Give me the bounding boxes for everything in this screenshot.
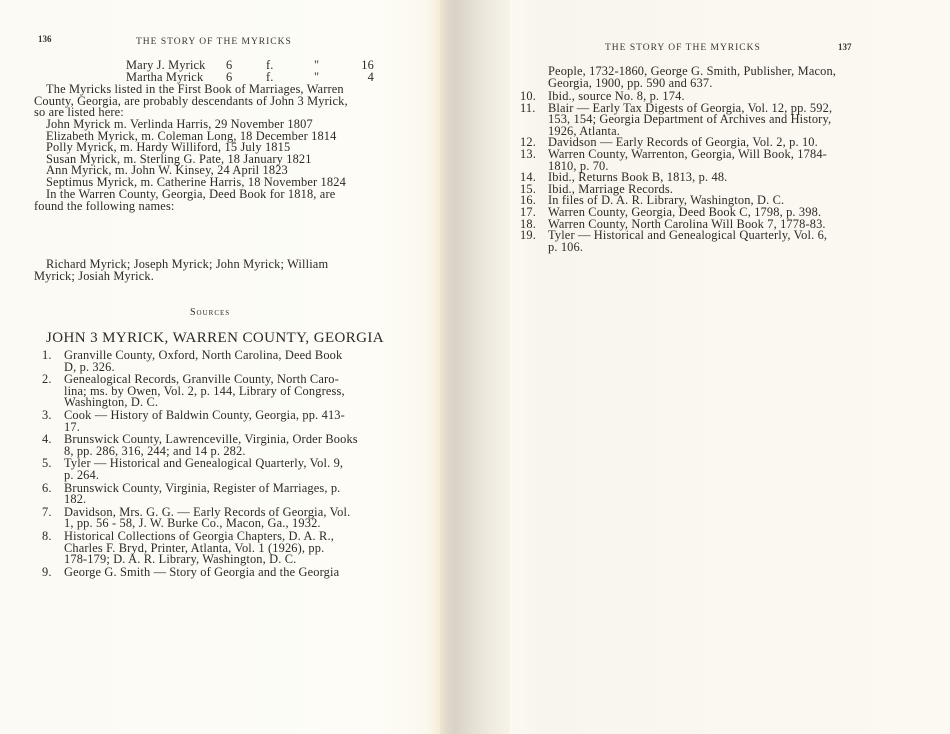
right-page: THE STORY OF THE MYRICKS 137 People, 173… [440,0,950,734]
intro-paragraph: The Myricks listed in the First Book of … [34,84,410,119]
source-item: 3. Cook — History of Baldwin County, Geo… [34,410,414,433]
page-number: 136 [38,34,52,44]
page-number: 137 [838,42,852,52]
source-item: 6. Brunswick County, Virginia, Register … [34,483,414,506]
running-head: THE STORY OF THE MYRICKS [605,43,761,53]
sources-label: Sources [190,307,230,318]
names-paragraph: Richard Myrick; Joseph Myrick; John Myri… [34,259,328,282]
marriage-list: John Myrick m. Verlinda Harris, 29 Novem… [46,119,346,189]
source-item: 13. Warren County, Warrenton, Georgia, W… [514,149,894,172]
running-head: THE STORY OF THE MYRICKS [136,37,292,47]
source-item: 1. Granville County, Oxford, North Carol… [34,350,414,373]
deed-paragraph: In the Warren County, Georgia, Deed Book… [34,189,335,212]
source-item: 5. Tyler — Historical and Genealogical Q… [34,458,414,481]
sources-list: 1. Granville County, Oxford, North Carol… [34,350,414,578]
census-table: Mary J. Myrick 6 f. " 16 Martha Myrick 6… [126,60,374,83]
book-spread: 136 THE STORY OF THE MYRICKS Mary J. Myr… [0,0,950,734]
left-page: 136 THE STORY OF THE MYRICKS Mary J. Myr… [0,0,440,734]
sources-list: 10. Ibid., source No. 8, p. 174. 11. Bla… [514,91,894,253]
source-item: 19. Tyler — Historical and Genealogical … [514,230,894,253]
source-item: 2. Genealogical Records, Granville Count… [34,374,414,409]
source-continuation: People, 1732-1860, George G. Smith, Publ… [548,66,836,89]
source-item: 7. Davidson, Mrs. G. G. — Early Records … [34,507,414,530]
source-item: 8. Historical Collections of Georgia Cha… [34,531,414,566]
sources-title: JOHN 3 MYRICK, WARREN COUNTY, GEORGIA [46,330,384,347]
source-item: 11. Blair — Early Tax Digests of Georgia… [514,103,894,138]
source-item: 4. Brunswick County, Lawrenceville, Virg… [34,434,414,457]
source-item: 9. George G. Smith — Story of Georgia an… [34,567,414,579]
